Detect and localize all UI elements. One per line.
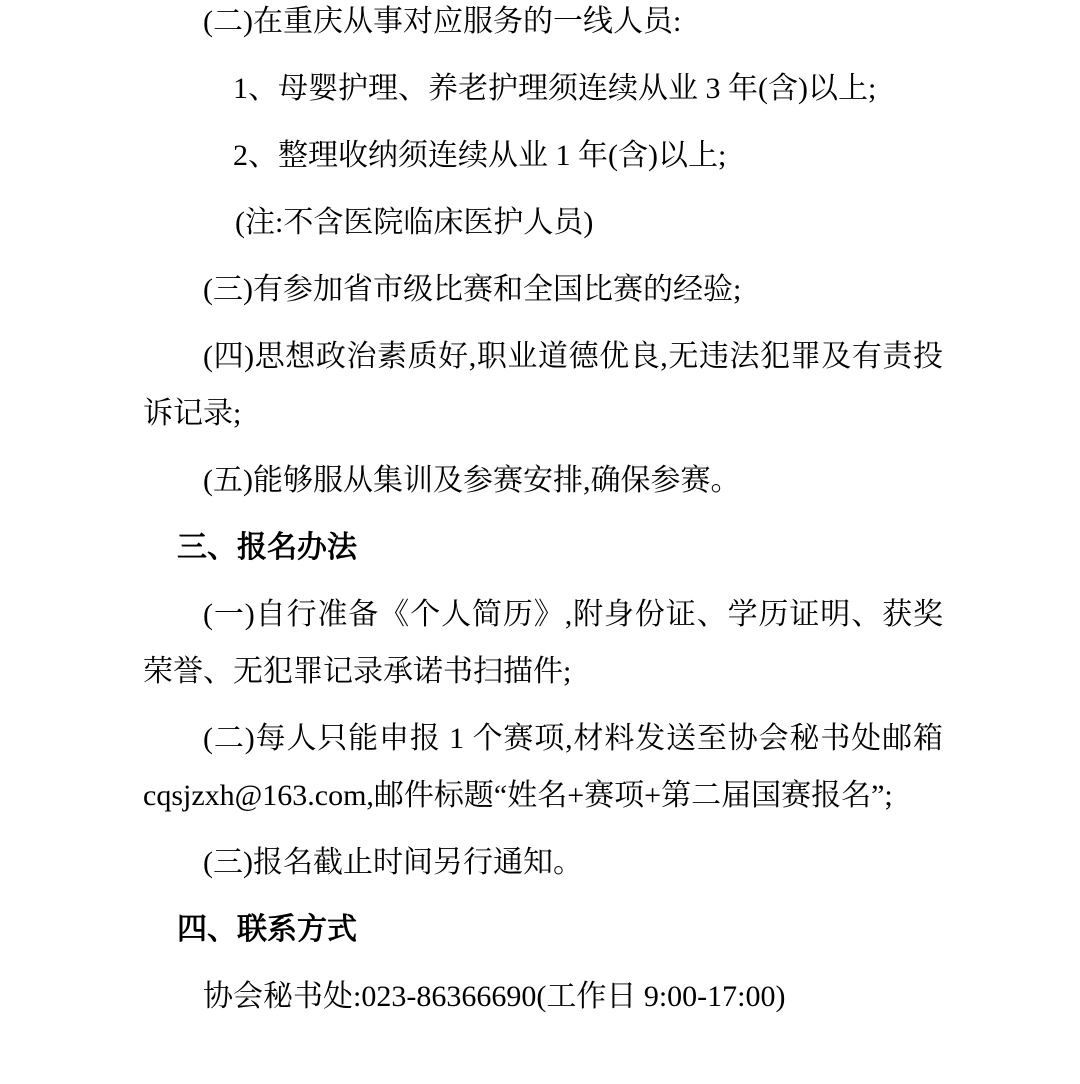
paragraph-item-3: (三)有参加省市级比赛和全国比赛的经验; [143,261,943,318]
document-page: (二)在重庆从事对应服务的一线人员: 1、母婴护理、养老护理须连续从业 3 年(… [0,0,1080,1084]
paragraph-note: (注:不含医院临床医护人员) [143,194,943,251]
paragraph-item-5: (五)能够服从集训及参赛安排,确保参赛。 [143,452,943,509]
paragraph-subitem-2: 2、整理收纳须连续从业 1 年(含)以上; [143,127,943,184]
paragraph-contact-info: 协会秘书处:023-86366690(工作日 9:00-17:00) [143,968,943,1025]
section-heading-contact: 四、联系方式 [143,901,943,958]
paragraph-item-2-line: (二)在重庆从事对应服务的一线人员: [143,0,943,50]
paragraph-item-4: (四)思想政治素质好,职业道德优良,无违法犯罪及有责投诉记录; [143,328,943,442]
paragraph-registration-3: (三)报名截止时间另行通知。 [143,834,943,891]
section-heading-registration-method: 三、报名办法 [143,519,943,576]
paragraph-registration-1: (一)自行准备《个人简历》,附身份证、学历证明、获奖荣誉、无犯罪记录承诺书扫描件… [143,586,943,700]
paragraph-registration-2: (二)每人只能申报 1 个赛项,材料发送至协会秘书处邮箱 cqsjzxh@163… [143,710,943,824]
paragraph-subitem-1: 1、母婴护理、养老护理须连续从业 3 年(含)以上; [143,60,943,117]
